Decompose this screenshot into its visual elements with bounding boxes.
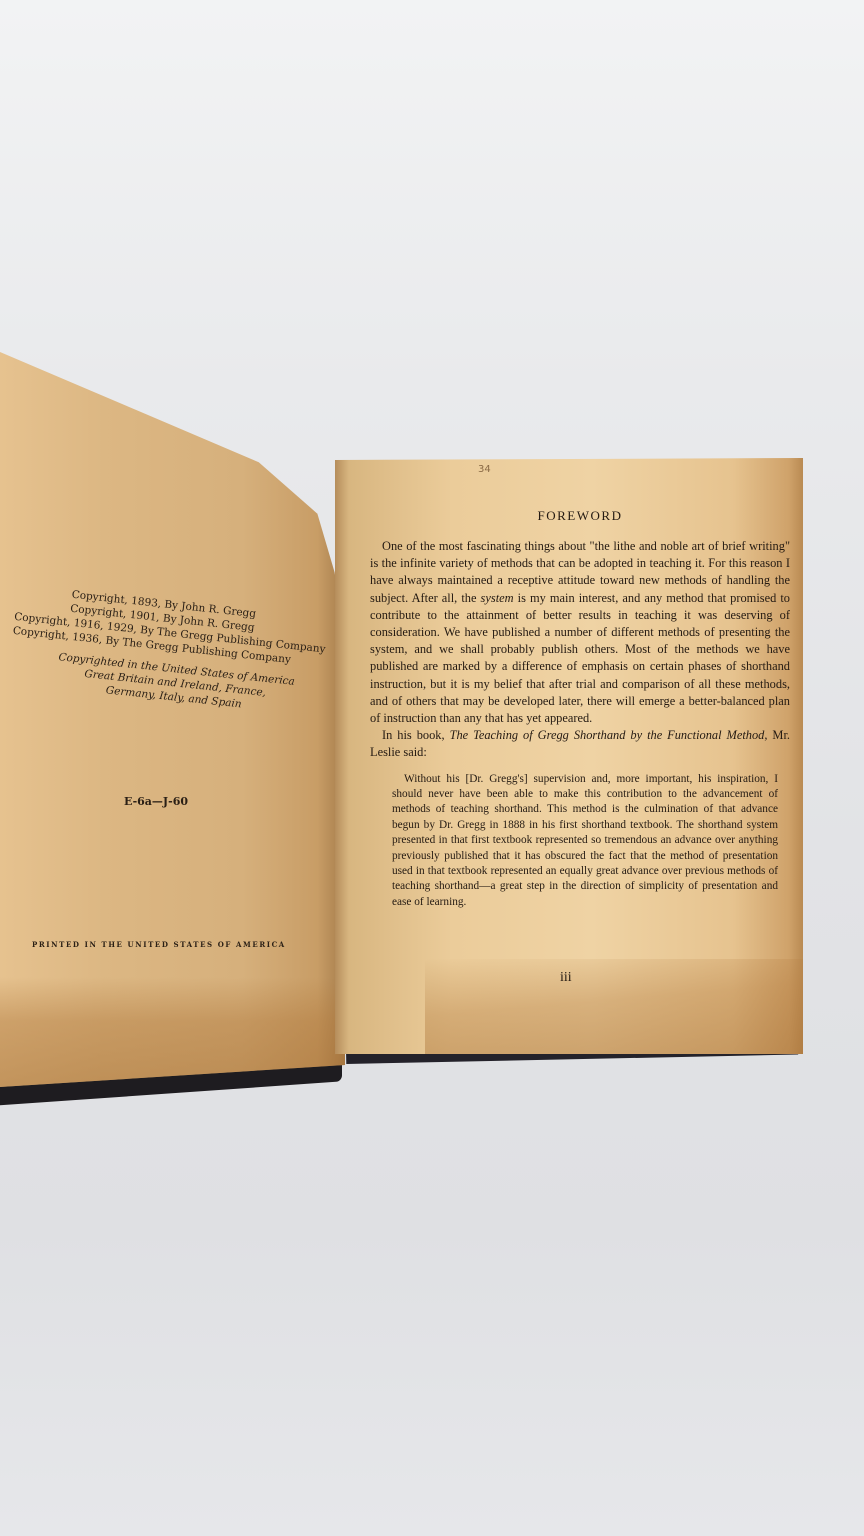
photo-scene: Copyright, 1893, By John R. Gregg Copyri…	[0, 0, 864, 1536]
foreword-paragraph: In his book, The Teaching of Gregg Short…	[370, 727, 790, 761]
paragraph-text: In his book,	[382, 728, 445, 742]
page-number: iii	[560, 970, 572, 986]
page-crease	[228, 400, 238, 429]
paragraph-text: is my main interest, and any method that…	[370, 591, 790, 725]
left-page	[0, 352, 345, 1087]
pencil-mark: 34	[478, 464, 491, 475]
edition-code: E-6a—J-60	[124, 795, 188, 808]
water-stain	[425, 959, 803, 1054]
emphasis-text: system	[481, 591, 514, 605]
foreword-section: FOREWORD One of the most fascinating thi…	[370, 508, 790, 910]
block-quote: Without his [Dr. Gregg's] supervision an…	[392, 772, 778, 911]
foreword-paragraph: One of the most fascinating things about…	[370, 538, 790, 727]
printed-in-notice: PRINTED IN THE UNITED STATES OF AMERICA	[32, 940, 286, 949]
foreword-title: FOREWORD	[370, 508, 790, 524]
book-title-citation: The Teaching of Gregg Shorthand by the F…	[450, 728, 765, 742]
